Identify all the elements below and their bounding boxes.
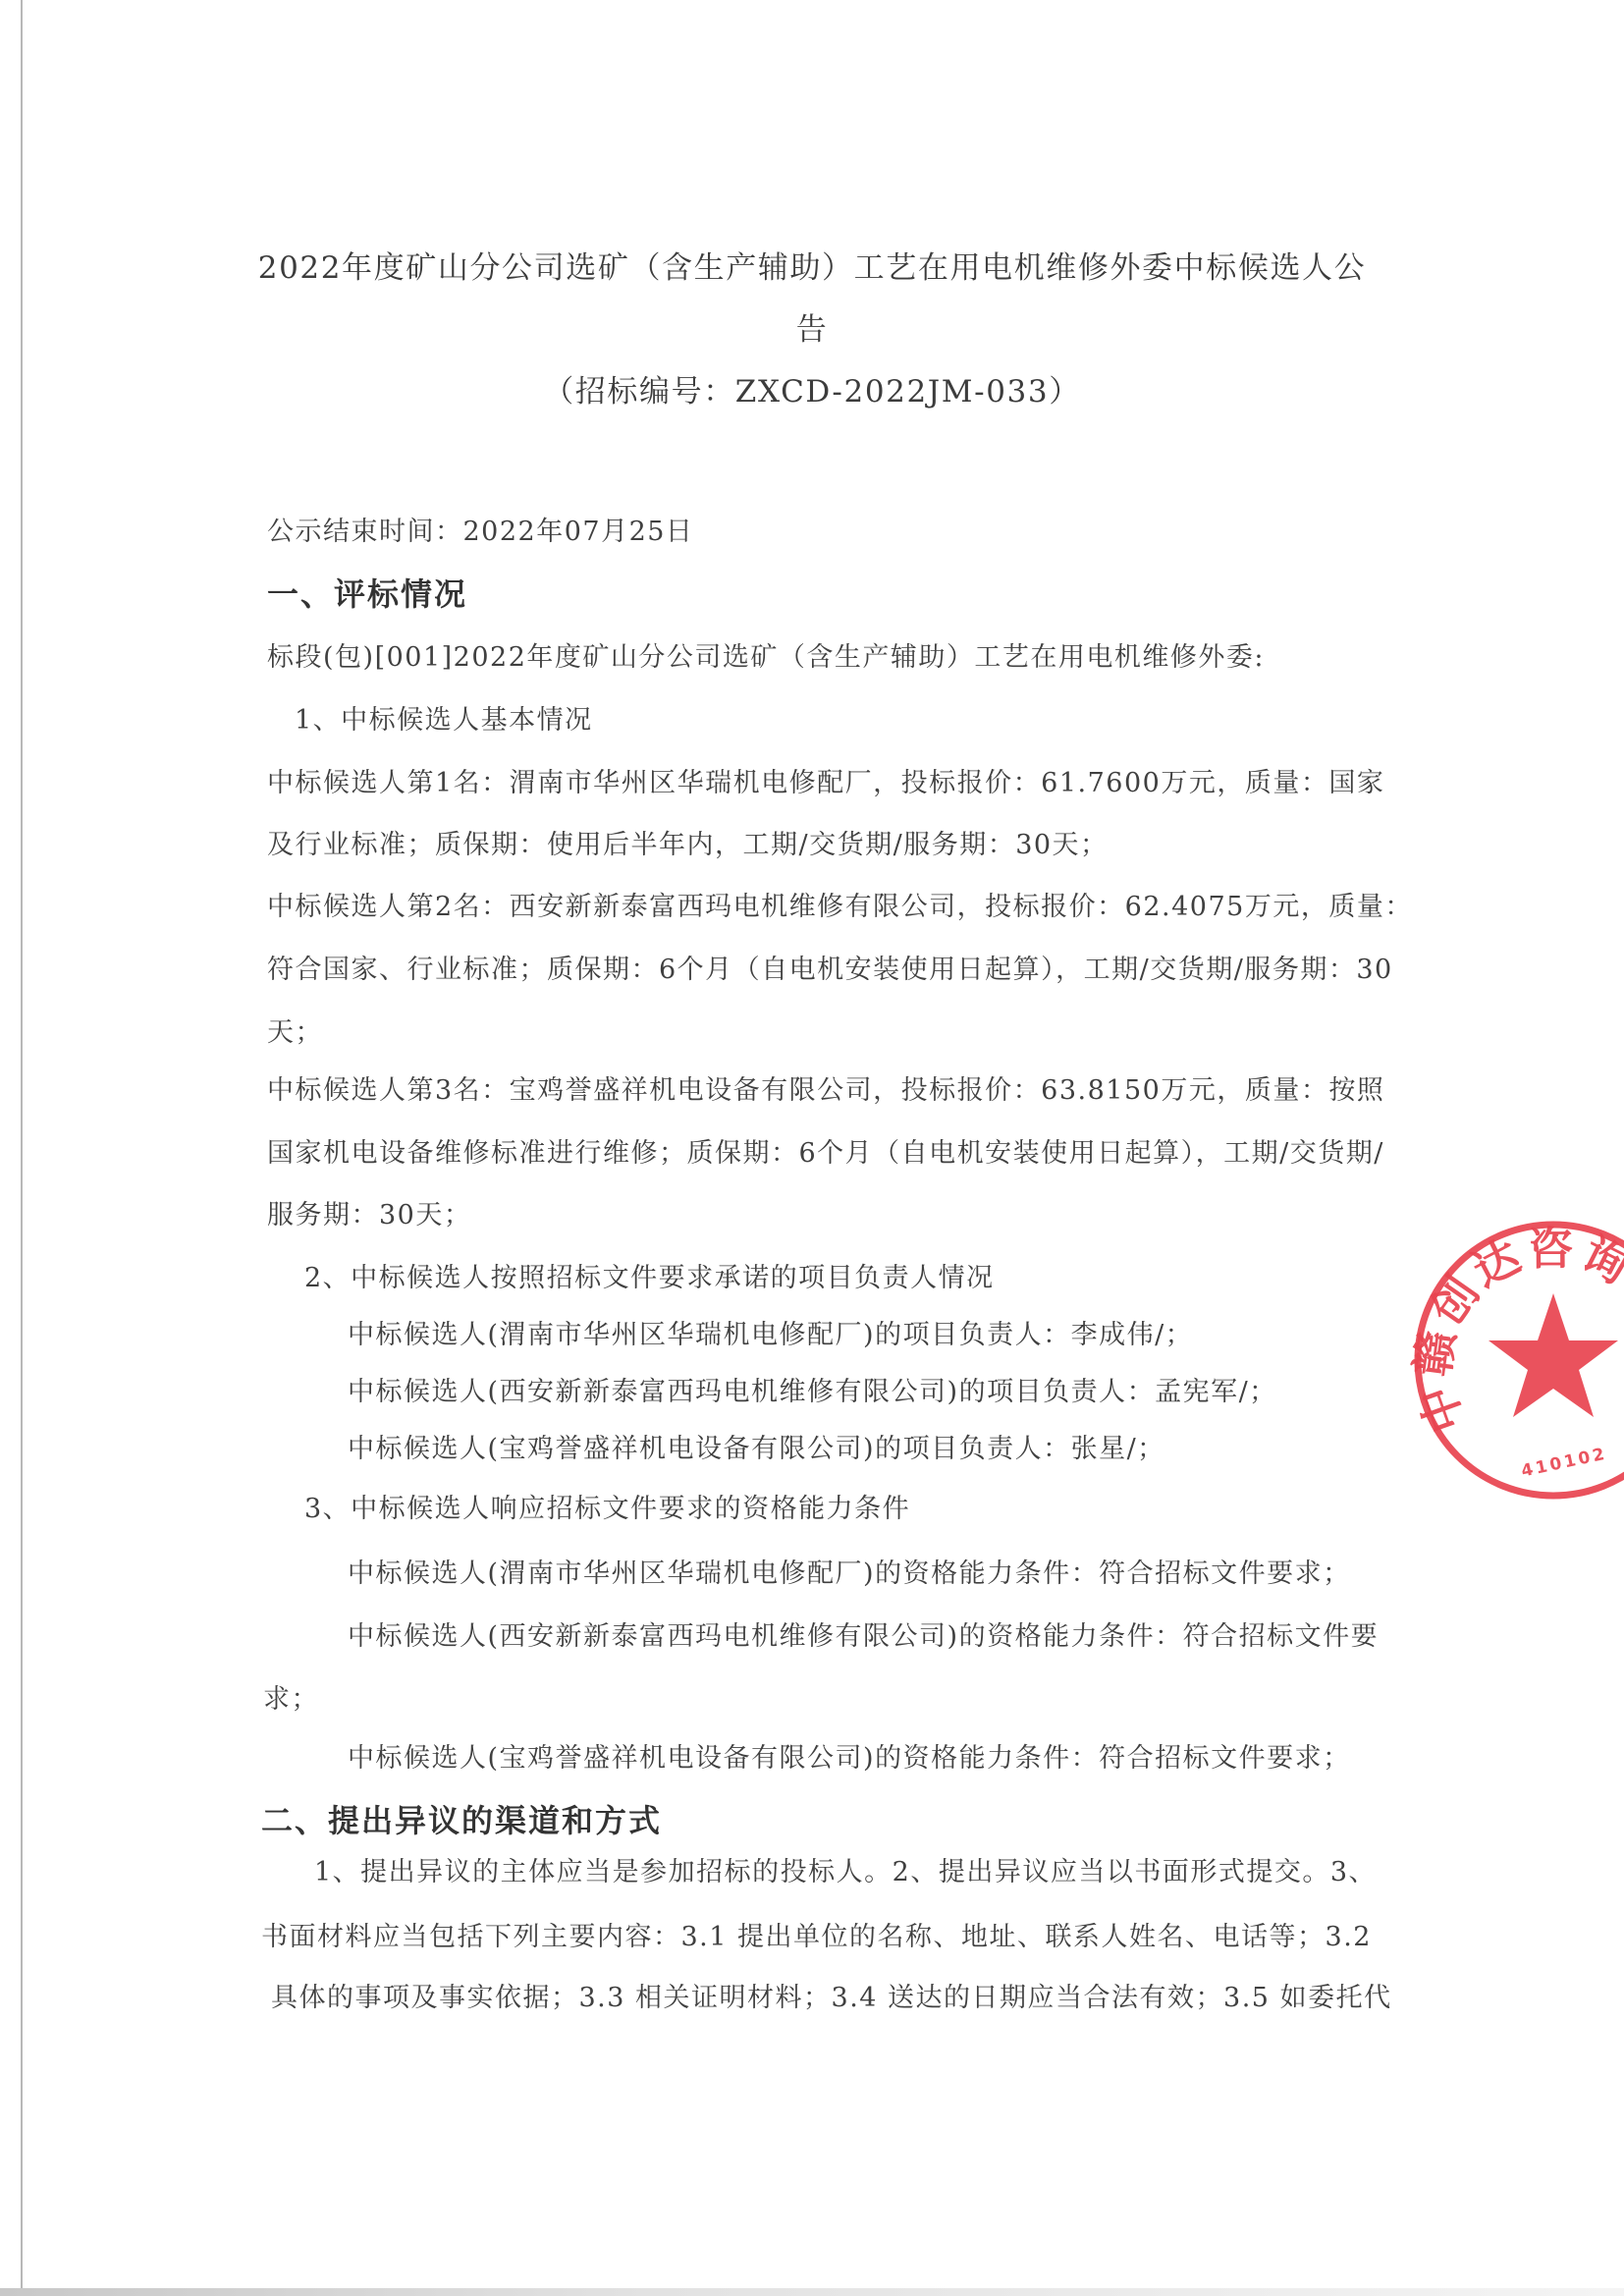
qualification-1: 中标候选人(渭南市华州区华瑞机电修配厂)的资格能力条件：符合招标文件要求； (348, 1552, 1351, 1590)
objection-line1: 1、提出异议的主体应当是参加招标的投标人。2、提出异议应当以书面形式提交。3、 (314, 1850, 1377, 1888)
svg-text:中赣创达咨询有限: 中赣创达咨询有限 (1406, 1213, 1624, 1440)
objection-line3: 具体的事项及事实依据；3.3 相关证明材料；3.4 送达的日期应当合法有效；3.… (271, 1976, 1392, 2014)
project-leader-1: 中标候选人(渭南市华州区华瑞机电修配厂)的项目负责人：李成伟/； (348, 1313, 1193, 1351)
tender-number: （招标编号：ZXCD-2022JM-033） (0, 366, 1624, 410)
subheading-project-leaders: 2、中标候选人按照招标文件要求承诺的项目负责人情况 (304, 1256, 995, 1294)
qualification-2-line1: 中标候选人(西安新新泰富西玛电机维修有限公司)的资格能力条件：符合招标文件要 (348, 1614, 1379, 1653)
section-heading-objection: 二、提出异议的渠道和方式 (261, 1796, 662, 1841)
candidate-2-line2: 符合国家、行业标准；质保期：6个月（自电机安装使用日起算），工期/交货期/服务期… (267, 948, 1393, 986)
objection-line2: 书面材料应当包括下列主要内容：3.1 提出单位的名称、地址、联系人姓名、电话等；… (261, 1915, 1372, 1953)
document-page: 2022年度矿山分公司选矿（含生产辅助）工艺在用电机维修外委中标候选人公 告 （… (0, 0, 1624, 2296)
company-seal: 中赣创达咨询有限 410102 (1406, 1213, 1624, 1507)
document-title-line1: 2022年度矿山分公司选矿（含生产辅助）工艺在用电机维修外委中标候选人公 (0, 243, 1624, 287)
subheading-qualifications: 3、中标候选人响应招标文件要求的资格能力条件 (304, 1487, 910, 1525)
star-icon (1489, 1293, 1618, 1417)
subheading-candidates-basic: 1、中标候选人基本情况 (295, 698, 593, 737)
candidate-3-line3: 服务期：30天； (267, 1193, 471, 1231)
qualification-2-line2: 求； (263, 1677, 319, 1716)
candidate-1-line1: 中标候选人第1名：渭南市华州区华瑞机电修配厂，投标报价：61.7600万元，质量… (267, 761, 1384, 799)
lot-line: 标段(包)[001]2022年度矿山分公司选矿（含生产辅助）工艺在用电机维修外委… (267, 635, 1265, 674)
candidate-3-line1: 中标候选人第3名：宝鸡誉盛祥机电设备有限公司，投标报价：63.8150万元，质量… (267, 1068, 1384, 1107)
qualification-3: 中标候选人(宝鸡誉盛祥机电设备有限公司)的资格能力条件：符合招标文件要求； (348, 1736, 1351, 1775)
seal-number: 410102 (1520, 1444, 1609, 1481)
candidate-1-line2: 及行业标准；质保期：使用后半年内，工期/交货期/服务期：30天； (267, 823, 1109, 861)
project-leader-3: 中标候选人(宝鸡誉盛祥机电设备有限公司)的项目负责人：张星/； (348, 1427, 1165, 1465)
candidate-3-line2: 国家机电设备维修标准进行维修；质保期：6个月（自电机安装使用日起算），工期/交货… (267, 1131, 1384, 1170)
seal-arc-text: 中赣创达咨询有限 (1406, 1213, 1624, 1440)
document-title-line2: 告 (0, 304, 1624, 349)
publicity-end-date: 公示结束时间：2022年07月25日 (267, 510, 693, 548)
project-leader-2: 中标候选人(西安新新泰富西玛电机维修有限公司)的项目负责人：孟宪军/； (348, 1370, 1277, 1408)
candidate-2-line3: 天； (267, 1011, 323, 1049)
section-heading-evaluation: 一、评标情况 (267, 570, 467, 615)
candidate-2-line1: 中标候选人第2名：西安新新泰富西玛电机维修有限公司，投标报价：62.4075万元… (267, 885, 1413, 923)
